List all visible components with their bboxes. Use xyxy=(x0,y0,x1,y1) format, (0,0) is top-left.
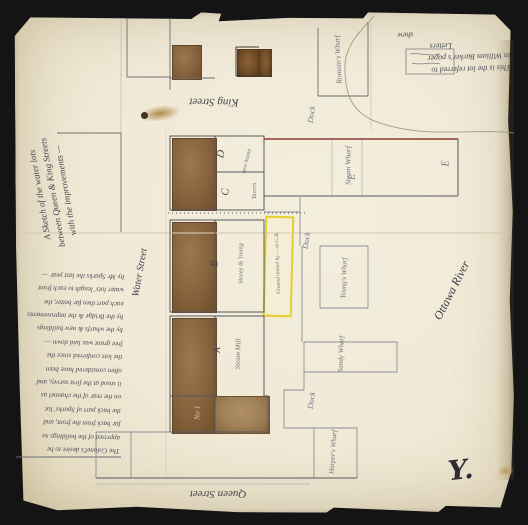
note-line: far back from the front, and xyxy=(12,414,120,430)
note-line: water lots' length to each front xyxy=(16,280,124,296)
note-line: it stood at the first survey, and xyxy=(13,374,121,390)
top-right-note: This is the lot referred to in William B… xyxy=(341,25,511,79)
note-line: by the wharfs & new buildings xyxy=(15,320,123,336)
paper-edge-shading xyxy=(496,40,514,480)
building-wash-block-a-extension xyxy=(214,396,270,434)
building-wash-top-small-2 xyxy=(259,49,272,77)
building-b-letter: B xyxy=(210,260,221,266)
queen-street-label: Queen Street xyxy=(168,488,268,500)
note-line: the back part of Sparks' lot xyxy=(13,401,121,417)
building-a-number: No 1 xyxy=(193,405,202,419)
note-line: by Mr Sparks the last year — xyxy=(16,267,124,283)
building-c-name: Tavern xyxy=(252,183,258,199)
note-line: apprised of the buildings so xyxy=(12,427,120,443)
building-wash-block-cd xyxy=(172,138,217,211)
note-line: often considered have been xyxy=(14,360,122,376)
left-marginal-note: The Colonel's desire to be apprised of t… xyxy=(12,267,125,457)
building-wash-top-left xyxy=(172,45,202,80)
steam-wharf-letter-far: E xyxy=(441,160,452,166)
note-line: shew xyxy=(341,28,413,43)
steam-wharf-letter: E xyxy=(347,174,357,180)
note-line: free grant was laid down — xyxy=(14,334,122,350)
building-wash-top-small-1 xyxy=(237,49,259,77)
paper-blemish xyxy=(498,466,514,476)
y-mark: Y. xyxy=(446,454,474,487)
ink-stain-dark-dot xyxy=(141,112,148,119)
king-street-label: King Street xyxy=(164,95,264,109)
steam-wharf-label: Steam Wharf xyxy=(344,125,353,207)
building-b-name: Storey & Young xyxy=(238,219,245,309)
building-wash-block-b xyxy=(172,222,217,313)
building-c-letter: C xyxy=(220,188,232,195)
photograph-background: A Sketch of the water lots between Queen… xyxy=(0,0,528,525)
building-a-letter: A xyxy=(212,347,222,353)
